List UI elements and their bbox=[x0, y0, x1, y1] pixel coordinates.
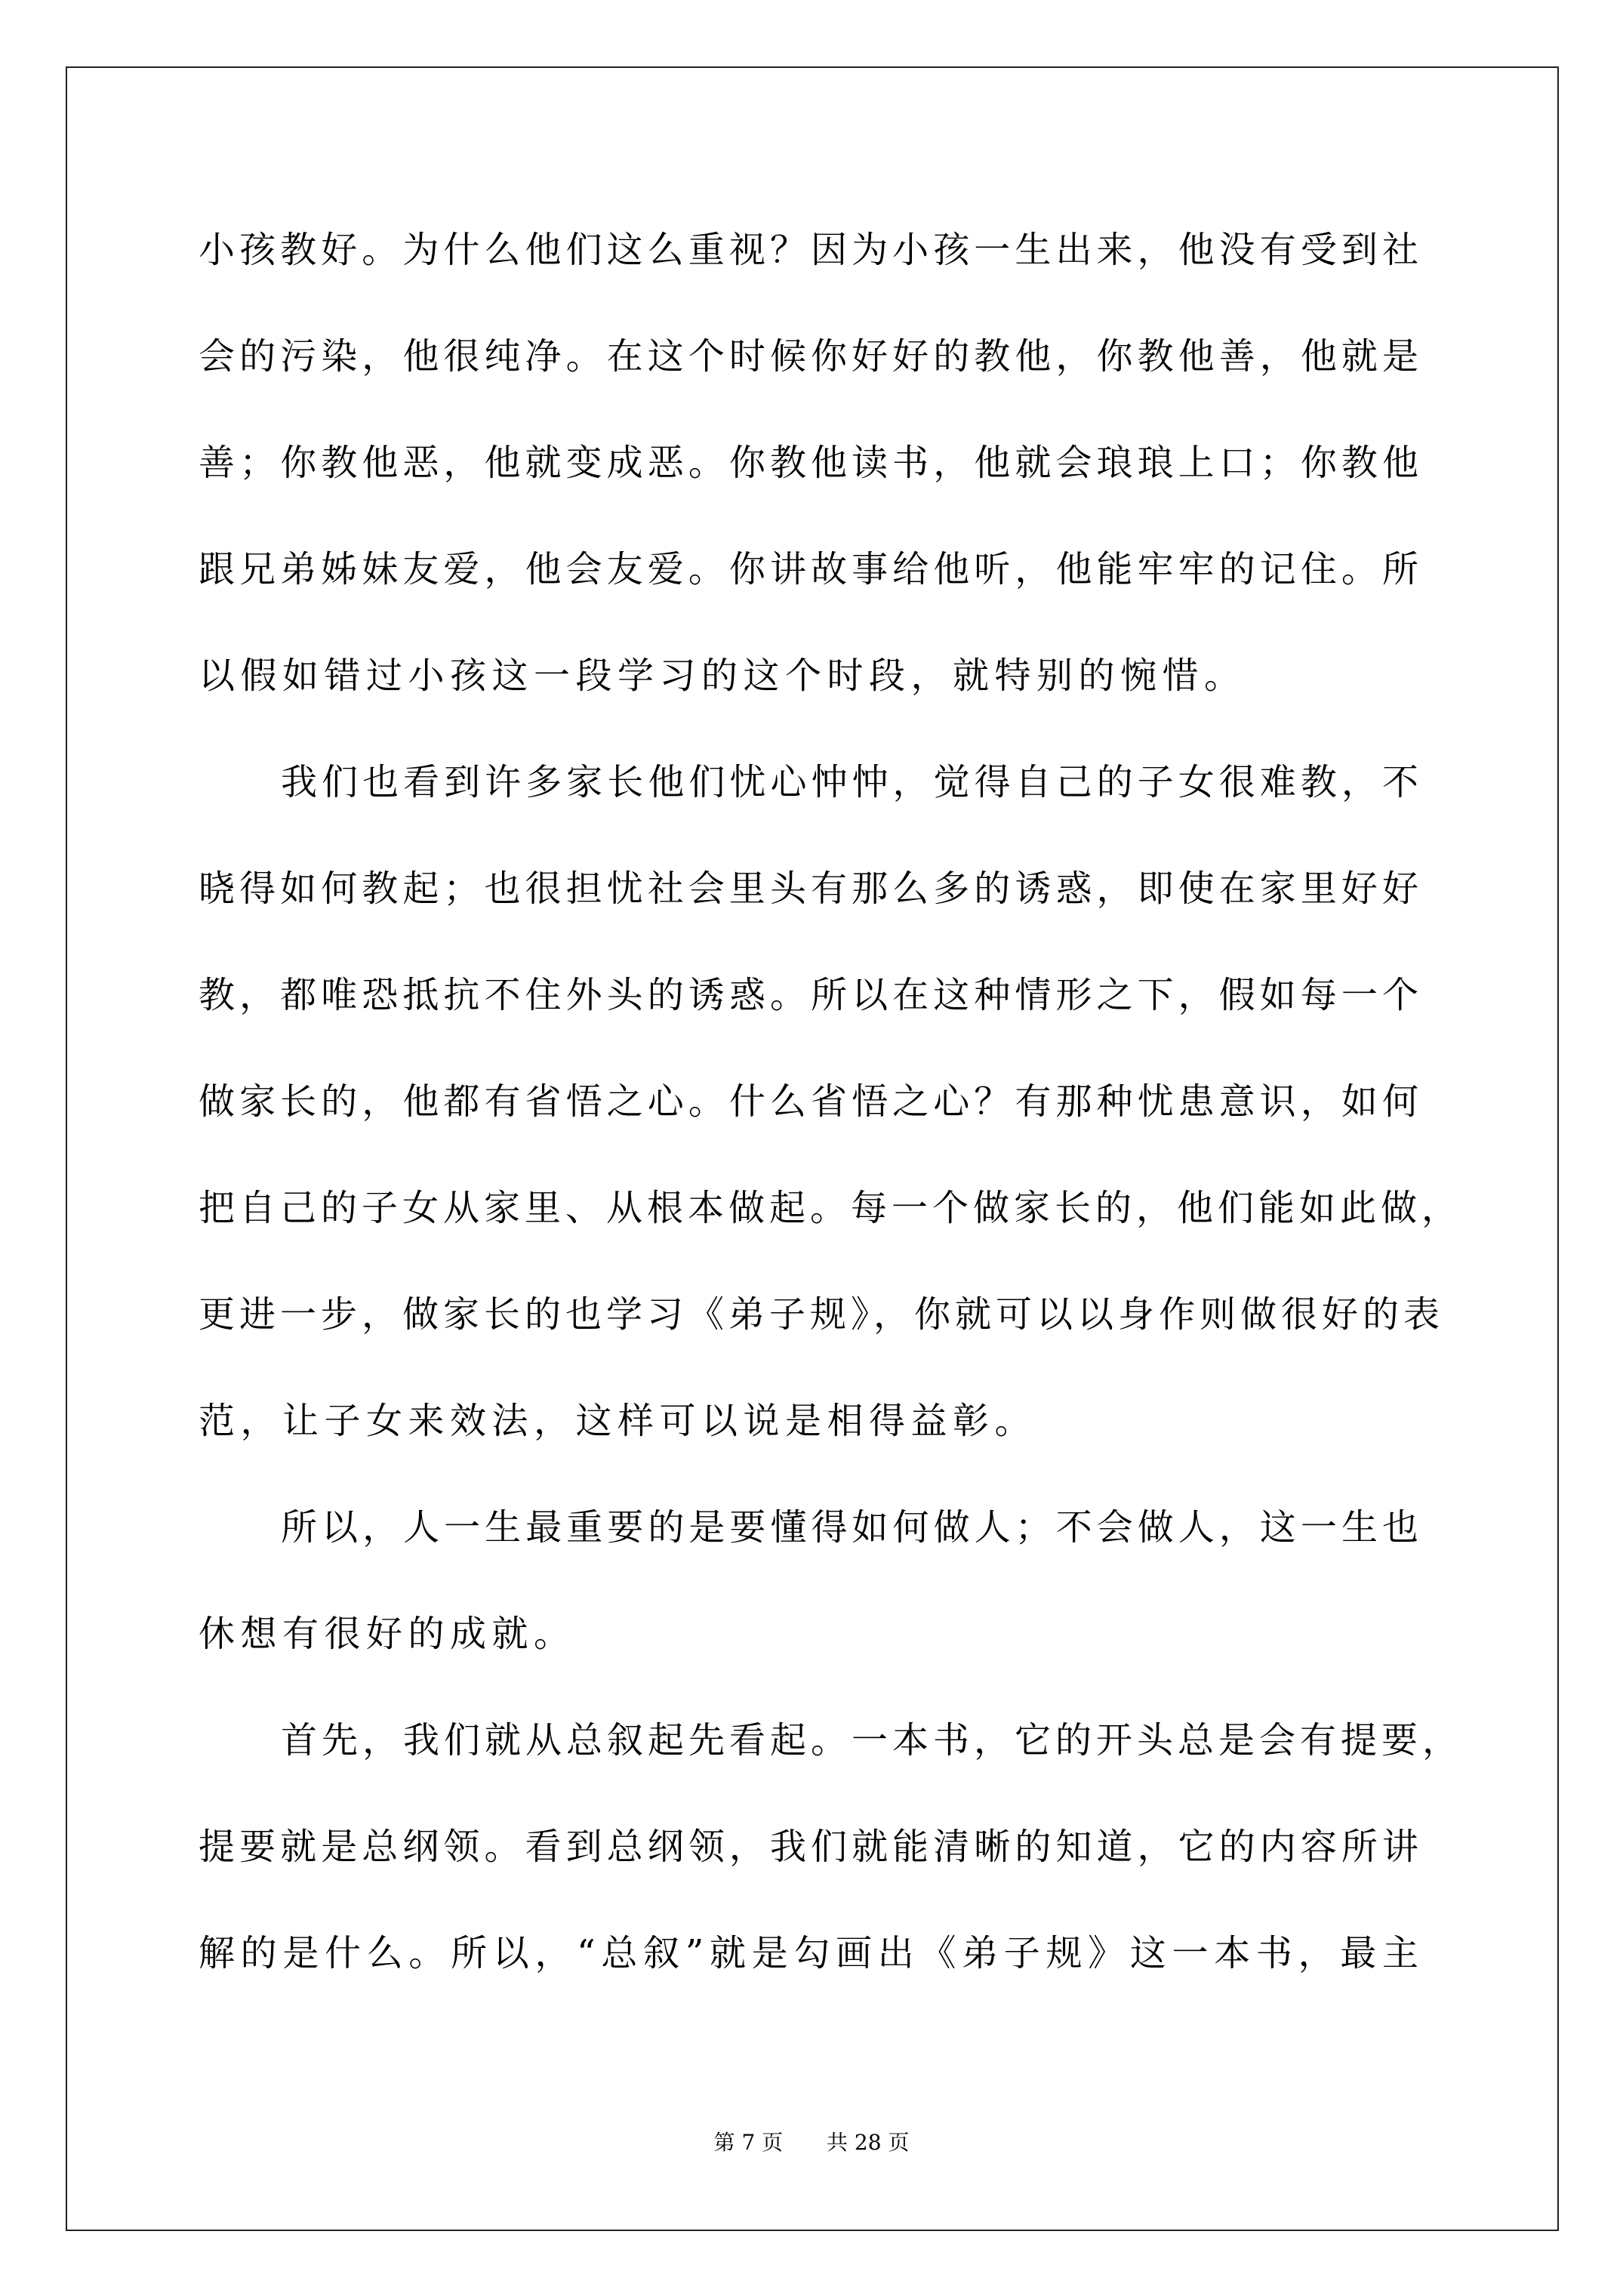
document-body: 小孩教好。为什么他们这么重视？因为小孩一生出来，他没有受到社 会的污染，他很纯净… bbox=[199, 197, 1423, 2007]
page-footer: 第 7 页 共 28 页 bbox=[0, 2128, 1623, 2158]
text-line-3: 善；你教他恶，他就变成恶。你教他读书，他就会琅琅上口；你教他 bbox=[199, 410, 1423, 516]
text-line-11: 更进一步，做家长的也学习《弟子规》，你就可以以身作则做很好的表 bbox=[199, 1262, 1423, 1368]
text-line-14: 休想有很好的成就。 bbox=[199, 1581, 1423, 1687]
text-line-4: 跟兄弟姊妹友爱，他会友爱。你讲故事给他听，他能牢牢的记住。所 bbox=[199, 516, 1423, 623]
text-line-7: 晓得如何教起；也很担忧社会里头有那么多的诱惑，即使在家里好好 bbox=[199, 836, 1423, 942]
text-line-1: 小孩教好。为什么他们这么重视？因为小孩一生出来，他没有受到社 bbox=[199, 197, 1423, 304]
text-line-12: 范，让子女来效法，这样可以说是相得益彰。 bbox=[199, 1368, 1423, 1475]
text-line-13: 所以，人一生最重要的是要懂得如何做人；不会做人，这一生也 bbox=[199, 1475, 1423, 1581]
total-pages-suffix: 页 bbox=[888, 2128, 909, 2158]
text-line-17: 解的是什么。所以，“总叙”就是勾画出《弟子规》这一本书，最主 bbox=[199, 1900, 1423, 2007]
text-line-8: 教，都唯恐抵抗不住外头的诱惑。所以在这种情形之下，假如每一个 bbox=[199, 942, 1423, 1049]
total-pages-prefix: 共 bbox=[827, 2128, 848, 2158]
page-number-prefix: 第 bbox=[714, 2128, 735, 2158]
text-line-16: 提要就是总纲领。看到总纲领，我们就能清晰的知道，它的内容所讲 bbox=[199, 1794, 1423, 1900]
text-line-6: 我们也看到许多家长他们忧心忡忡，觉得自己的子女很难教，不 bbox=[199, 729, 1423, 836]
text-line-2: 会的污染，他很纯净。在这个时候你好好的教他，你教他善，他就是 bbox=[199, 304, 1423, 410]
text-line-10: 把自己的子女从家里、从根本做起。每一个做家长的，他们能如此做， bbox=[199, 1155, 1423, 1262]
page-number-suffix: 页 bbox=[762, 2128, 783, 2158]
text-line-5: 以假如错过小孩这一段学习的这个时段，就特别的惋惜。 bbox=[199, 623, 1423, 729]
total-pages-number: 28 bbox=[855, 2128, 882, 2158]
text-line-15: 首先，我们就从总叙起先看起。一本书，它的开头总是会有提要， bbox=[199, 1687, 1423, 1794]
text-line-9: 做家长的，他都有省悟之心。什么省悟之心？有那种忧患意识，如何 bbox=[199, 1049, 1423, 1155]
current-page-number: 7 bbox=[741, 2128, 755, 2158]
